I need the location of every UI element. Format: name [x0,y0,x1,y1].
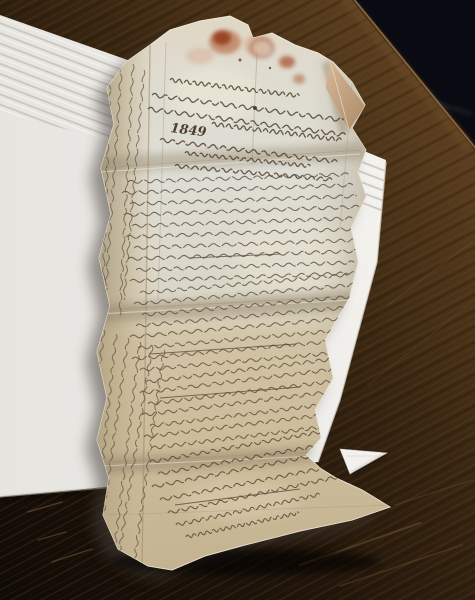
photo-canvas: 1849 [0,0,475,600]
manuscript-document: 1849 [75,16,395,575]
photo-crumpled-manuscript: 1849 [0,0,475,600]
